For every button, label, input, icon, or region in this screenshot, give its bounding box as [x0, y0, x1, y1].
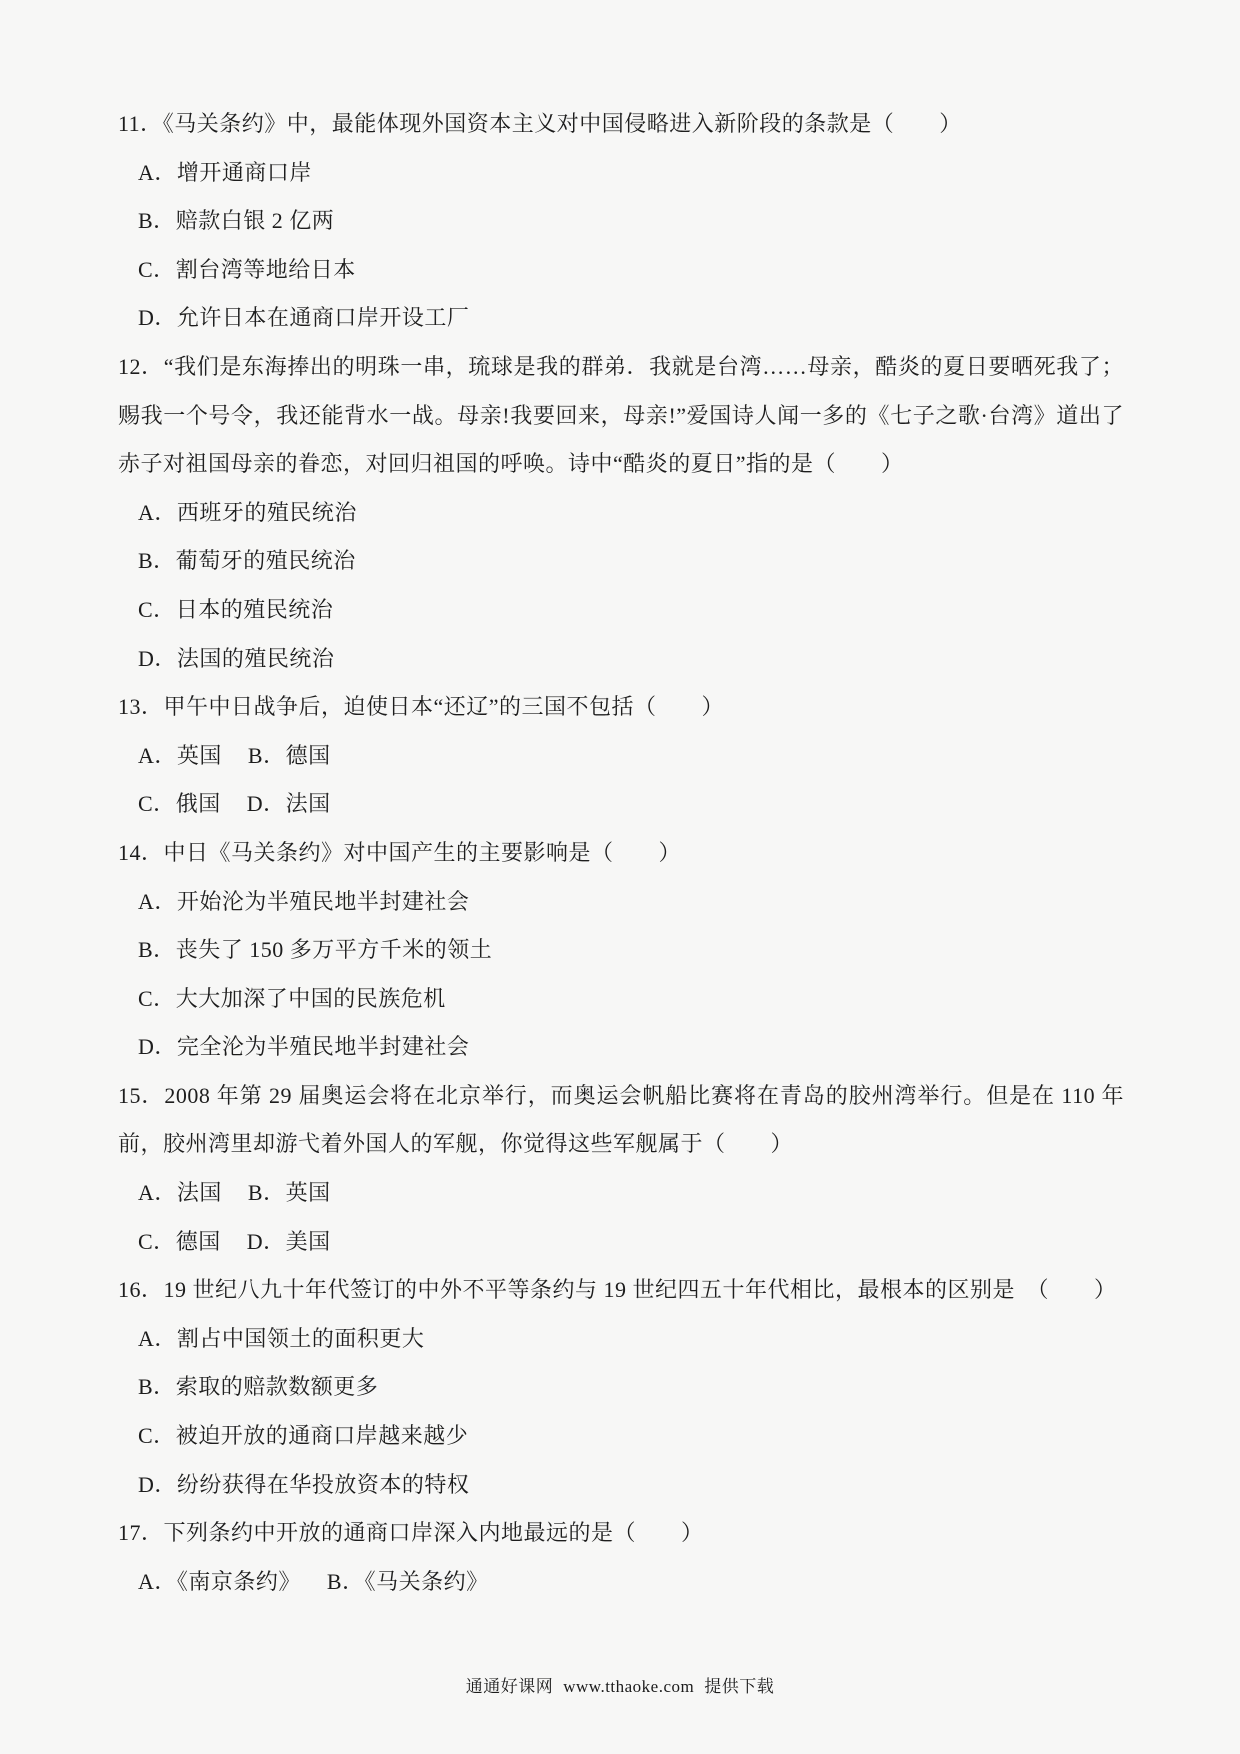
- option-label: D．: [138, 1034, 177, 1059]
- option-text: 《南京条约》: [177, 1569, 301, 1594]
- option-row: A．割占中国领土的面积更大: [118, 1315, 1124, 1364]
- option-B: B．索取的赔款数额更多: [138, 1374, 378, 1399]
- option-label: B．: [138, 208, 176, 233]
- question-14: 14．中日《马关条约》对中国产生的主要影响是（ ）A．开始沦为半殖民地半封建社会…: [118, 829, 1124, 1072]
- question-15: 15．2008 年第 29 届奥运会将在北京举行，而奥运会帆船比赛将在青岛的胶州…: [118, 1072, 1124, 1266]
- option-A: A．法国: [138, 1180, 222, 1205]
- option-row: D．允许日本在通商口岸开设工厂: [118, 294, 1124, 343]
- option-C: C．被迫开放的通商口岸越来越少: [138, 1423, 468, 1448]
- question-number: 15．: [118, 1083, 164, 1108]
- option-label: D．: [247, 1229, 286, 1254]
- option-label: B．: [327, 1569, 365, 1594]
- option-label: C．: [138, 257, 176, 282]
- option-row: C．割台湾等地给日本: [118, 246, 1124, 295]
- option-row: B．赔款白银 2 亿两: [118, 197, 1124, 246]
- option-text: 日本的殖民统治: [176, 597, 334, 622]
- option-text: 法国: [177, 1180, 222, 1205]
- option-row: D．纷纷获得在华投放资本的特权: [118, 1461, 1124, 1510]
- option-label: A．: [138, 500, 177, 525]
- question-stem: 15．2008 年第 29 届奥运会将在北京举行，而奥运会帆船比赛将在青岛的胶州…: [118, 1072, 1124, 1169]
- option-label: D．: [138, 646, 177, 671]
- option-B: B．英国: [248, 1180, 331, 1205]
- option-text: 割台湾等地给日本: [176, 257, 356, 282]
- option-A: A．西班牙的殖民统治: [138, 500, 357, 525]
- option-label: C．: [138, 1229, 176, 1254]
- option-row: C．日本的殖民统治: [118, 586, 1124, 635]
- option-text: 德国: [286, 743, 331, 768]
- option-D: D．纷纷获得在华投放资本的特权: [138, 1472, 469, 1497]
- option-text: 俄国: [176, 791, 221, 816]
- question-13: 13．甲午中日战争后，迫使日本“还辽”的三国不包括（ ）A．英国B．德国C．俄国…: [118, 683, 1124, 829]
- question-stem: 11．《马关条约》中，最能体现外国资本主义对中国侵略进入新阶段的条款是（ ）: [118, 100, 1124, 149]
- option-A: A．英国: [138, 743, 222, 768]
- question-number: 11．: [118, 111, 163, 136]
- option-label: A．: [138, 743, 177, 768]
- option-D: D．允许日本在通商口岸开设工厂: [138, 305, 469, 330]
- option-label: C．: [138, 791, 176, 816]
- option-label: D．: [247, 791, 286, 816]
- question-list: 11．《马关条约》中，最能体现外国资本主义对中国侵略进入新阶段的条款是（ ）A．…: [118, 100, 1124, 1606]
- question-stem: 14．中日《马关条约》对中国产生的主要影响是（ ）: [118, 829, 1124, 878]
- option-B: B．德国: [248, 743, 331, 768]
- option-C: C．俄国: [138, 791, 221, 816]
- option-text: 美国: [286, 1229, 331, 1254]
- option-text: 丧失了 150 多万平方千米的领土: [176, 937, 493, 962]
- option-row: D．法国的殖民统治: [118, 635, 1124, 684]
- option-A: A．开始沦为半殖民地半封建社会: [138, 889, 469, 914]
- option-label: B．: [138, 937, 176, 962]
- option-A: A．《南京条约》: [138, 1569, 301, 1594]
- exam-document-page: 11．《马关条约》中，最能体现外国资本主义对中国侵略进入新阶段的条款是（ ）A．…: [0, 0, 1240, 1754]
- question-number: 17．: [118, 1520, 164, 1545]
- footer-suffix: 提供下载: [704, 1677, 774, 1696]
- option-row: A．法国B．英国: [118, 1169, 1124, 1218]
- option-text: 英国: [177, 743, 222, 768]
- option-row: C．俄国D．法国: [118, 780, 1124, 829]
- option-label: B．: [138, 1374, 176, 1399]
- question-text: “我们是东海捧出的明珠一串，琉球是我的群弟．我就是台湾……母亲，酷炎的夏日要晒死…: [118, 354, 1124, 476]
- question-11: 11．《马关条约》中，最能体现外国资本主义对中国侵略进入新阶段的条款是（ ）A．…: [118, 100, 1124, 343]
- question-text: 2008 年第 29 届奥运会将在北京举行，而奥运会帆船比赛将在青岛的胶州湾举行…: [118, 1083, 1124, 1157]
- option-label: B．: [138, 548, 176, 573]
- option-C: C．德国: [138, 1229, 221, 1254]
- option-row: A．《南京条约》B．《马关条约》: [118, 1558, 1124, 1607]
- question-stem: 12．“我们是东海捧出的明珠一串，琉球是我的群弟．我就是台湾……母亲，酷炎的夏日…: [118, 343, 1124, 489]
- option-text: 德国: [176, 1229, 221, 1254]
- question-text: 中日《马关条约》对中国产生的主要影响是（ ）: [164, 840, 682, 865]
- option-label: C．: [138, 986, 176, 1011]
- option-B: B．葡萄牙的殖民统治: [138, 548, 356, 573]
- option-D: D．法国的殖民统治: [138, 646, 334, 671]
- question-text: 19 世纪八九十年代签订的中外不平等条约与 19 世纪四五十年代相比，最根本的区…: [164, 1277, 1117, 1302]
- option-text: 索取的赔款数额更多: [176, 1374, 379, 1399]
- question-16: 16．19 世纪八九十年代签订的中外不平等条约与 19 世纪四五十年代相比，最根…: [118, 1266, 1124, 1509]
- option-row: B．葡萄牙的殖民统治: [118, 537, 1124, 586]
- option-label: D．: [138, 1472, 177, 1497]
- option-C: C．日本的殖民统治: [138, 597, 333, 622]
- option-B: B．赔款白银 2 亿两: [138, 208, 334, 233]
- question-stem: 16．19 世纪八九十年代签订的中外不平等条约与 19 世纪四五十年代相比，最根…: [118, 1266, 1124, 1315]
- footer-watermark: 通通好课网www.tthaoke.com提供下载: [0, 1674, 1240, 1699]
- question-text: 《马关条约》中，最能体现外国资本主义对中国侵略进入新阶段的条款是（ ）: [163, 111, 962, 136]
- option-label: A．: [138, 1326, 177, 1351]
- question-number: 14．: [118, 840, 164, 865]
- option-text: 允许日本在通商口岸开设工厂: [177, 305, 470, 330]
- question-text: 甲午中日战争后，迫使日本“还辽”的三国不包括（ ）: [164, 694, 725, 719]
- footer-url: www.tthaoke.com: [563, 1677, 694, 1696]
- option-text: 赔款白银 2 亿两: [176, 208, 335, 233]
- option-text: 葡萄牙的殖民统治: [176, 548, 356, 573]
- option-D: D．美国: [247, 1229, 331, 1254]
- question-text: 下列条约中开放的通商口岸深入内地最远的是（ ）: [164, 1520, 704, 1545]
- option-row: B．索取的赔款数额更多: [118, 1363, 1124, 1412]
- option-B: B．丧失了 150 多万平方千米的领土: [138, 937, 492, 962]
- option-text: 法国: [286, 791, 331, 816]
- option-row: A．英国B．德国: [118, 732, 1124, 781]
- option-text: 英国: [286, 1180, 331, 1205]
- option-C: C．割台湾等地给日本: [138, 257, 356, 282]
- option-row: B．丧失了 150 多万平方千米的领土: [118, 926, 1124, 975]
- option-B: B．《马关条约》: [327, 1569, 489, 1594]
- option-text: 《马关条约》: [365, 1569, 489, 1594]
- question-17: 17．下列条约中开放的通商口岸深入内地最远的是（ ）A．《南京条约》B．《马关条…: [118, 1509, 1124, 1606]
- option-text: 增开通商口岸: [177, 160, 312, 185]
- option-row: C．大大加深了中国的民族危机: [118, 975, 1124, 1024]
- option-text: 大大加深了中国的民族危机: [176, 986, 446, 1011]
- question-number: 12．: [118, 354, 164, 379]
- option-row: C．被迫开放的通商口岸越来越少: [118, 1412, 1124, 1461]
- option-row: C．德国D．美国: [118, 1218, 1124, 1267]
- option-label: B．: [248, 743, 286, 768]
- option-text: 开始沦为半殖民地半封建社会: [177, 889, 470, 914]
- question-number: 13．: [118, 694, 164, 719]
- option-text: 割占中国领土的面积更大: [177, 1326, 425, 1351]
- option-text: 纷纷获得在华投放资本的特权: [177, 1472, 470, 1497]
- question-number: 16．: [118, 1277, 164, 1302]
- option-label: C．: [138, 1423, 176, 1448]
- option-C: C．大大加深了中国的民族危机: [138, 986, 446, 1011]
- option-label: B．: [248, 1180, 286, 1205]
- question-stem: 13．甲午中日战争后，迫使日本“还辽”的三国不包括（ ）: [118, 683, 1124, 732]
- option-row: A．增开通商口岸: [118, 149, 1124, 198]
- option-text: 被迫开放的通商口岸越来越少: [176, 1423, 469, 1448]
- question-12: 12．“我们是东海捧出的明珠一串，琉球是我的群弟．我就是台湾……母亲，酷炎的夏日…: [118, 343, 1124, 683]
- option-text: 西班牙的殖民统治: [177, 500, 357, 525]
- option-row: D．完全沦为半殖民地半封建社会: [118, 1023, 1124, 1072]
- option-label: A．: [138, 1569, 177, 1594]
- option-text: 法国的殖民统治: [177, 646, 335, 671]
- option-A: A．割占中国领土的面积更大: [138, 1326, 424, 1351]
- question-stem: 17．下列条约中开放的通商口岸深入内地最远的是（ ）: [118, 1509, 1124, 1558]
- option-row: A．西班牙的殖民统治: [118, 489, 1124, 538]
- option-row: A．开始沦为半殖民地半封建社会: [118, 878, 1124, 927]
- option-A: A．增开通商口岸: [138, 160, 312, 185]
- option-label: A．: [138, 160, 177, 185]
- footer-site-name: 通通好课网: [466, 1677, 554, 1696]
- option-label: A．: [138, 1180, 177, 1205]
- option-D: D．完全沦为半殖民地半封建社会: [138, 1034, 469, 1059]
- option-text: 完全沦为半殖民地半封建社会: [177, 1034, 470, 1059]
- option-label: A．: [138, 889, 177, 914]
- option-D: D．法国: [247, 791, 331, 816]
- option-label: D．: [138, 305, 177, 330]
- option-label: C．: [138, 597, 176, 622]
